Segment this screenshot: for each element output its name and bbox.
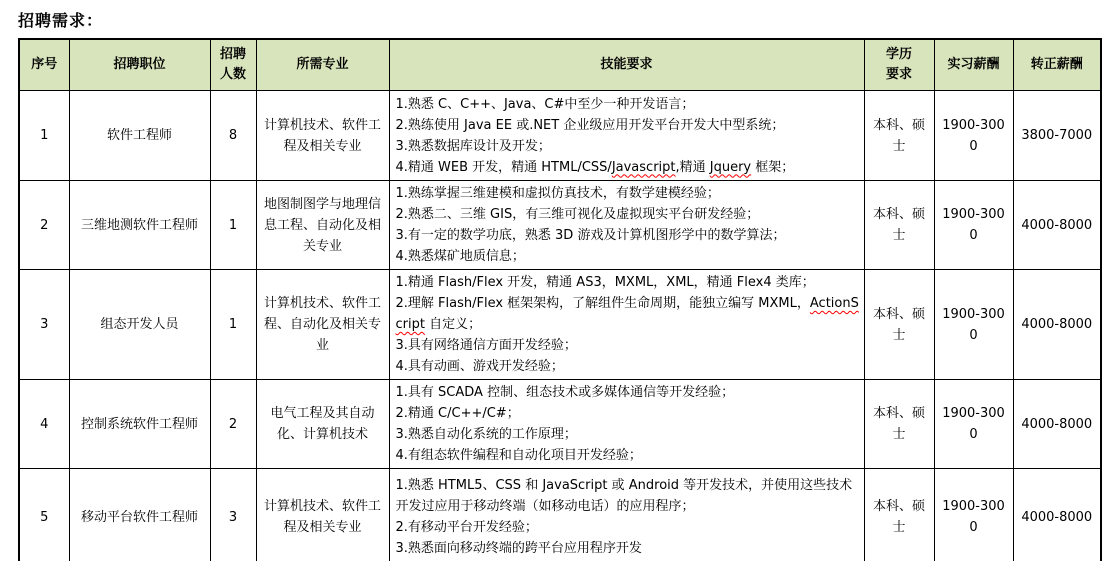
table-row: 4 控制系统软件工程师 2 电气工程及其自动化、计算机技术 1.具有 SCADA…: [19, 380, 1101, 469]
cell-regular-salary: 4000-8000: [1013, 270, 1101, 380]
cell-skills: 1.熟练掌握三维建模和虚拟仿真技术，有数学建模经验；2.熟悉二、三维 GIS，有…: [389, 181, 864, 270]
skill-line: 2.熟练使用 Java EE 或.NET 企业级应用开发平台开发大中型系统；: [396, 115, 860, 136]
skill-line: 1.精通 Flash/Flex 开发，精通 AS3，MXML，XML，精通 Fl…: [396, 272, 860, 293]
spellcheck-word: ActionScript: [396, 296, 859, 332]
skill-line: 2.理解 Flash/Flex 框架架构，了解组件生命周期，能独立编写 MXML…: [396, 293, 860, 335]
cell-education: 本科、硕士: [864, 270, 934, 380]
cell-skills: 1.精通 Flash/Flex 开发，精通 AS3，MXML，XML，精通 Fl…: [389, 270, 864, 380]
skill-line: 4.有组态软件编程和自动化项目开发经验；: [396, 445, 860, 466]
cell-education: 本科、硕士: [864, 181, 934, 270]
cell-education: 本科、硕士: [864, 469, 934, 561]
cell-no: 4: [19, 380, 69, 469]
skill-line: 3.具有网络通信方面开发经验；: [396, 335, 860, 356]
cell-intern-salary: 1900-3000: [934, 181, 1013, 270]
cell-position: 组态开发人员: [69, 270, 210, 380]
cell-no: 3: [19, 270, 69, 380]
cell-regular-salary: 4000-8000: [1013, 380, 1101, 469]
cell-regular-salary: 3800-7000: [1013, 91, 1101, 181]
col-header-education: 学历要求: [864, 39, 934, 91]
spellcheck-word: Jquery: [710, 160, 751, 175]
cell-no: 1: [19, 91, 69, 181]
document-page: 招聘需求： 序号 招聘职位 招聘人数 所需专业 技能要求 学历要求 实习薪酬 转…: [0, 0, 1112, 561]
skill-line: 4.熟悉煤矿地质信息；: [396, 246, 860, 267]
table-body: 1 软件工程师 8 计算机技术、软件工程及相关专业 1.熟悉 C、C++、Jav…: [19, 91, 1101, 561]
col-header-intern-salary: 实习薪酬: [934, 39, 1013, 91]
col-header-regular-salary: 转正薪酬: [1013, 39, 1101, 91]
cell-no: 2: [19, 181, 69, 270]
cell-intern-salary: 1900-3000: [934, 270, 1013, 380]
skill-line: 1.熟悉 HTML5、CSS 和 JavaScript 或 Android 等开…: [396, 475, 860, 517]
col-header-no: 序号: [19, 39, 69, 91]
cell-position: 移动平台软件工程师: [69, 469, 210, 561]
page-title: 招聘需求：: [0, 0, 1112, 38]
header-row: 序号 招聘职位 招聘人数 所需专业 技能要求 学历要求 实习薪酬 转正薪酬: [19, 39, 1101, 91]
cell-headcount: 8: [210, 91, 256, 181]
spellcheck-word: Javascript: [612, 160, 676, 175]
col-header-major: 所需专业: [256, 39, 389, 91]
recruitment-table: 序号 招聘职位 招聘人数 所需专业 技能要求 学历要求 实习薪酬 转正薪酬 1 …: [18, 38, 1102, 561]
cell-education: 本科、硕士: [864, 380, 934, 469]
skill-line: 4.具有动画、游戏开发经验；: [396, 356, 860, 377]
cell-regular-salary: 4000-8000: [1013, 181, 1101, 270]
cell-headcount: 3: [210, 469, 256, 561]
skill-line: 1.熟悉 C、C++、Java、C#中至少一种开发语言；: [396, 94, 860, 115]
cell-headcount: 1: [210, 181, 256, 270]
cell-education: 本科、硕士: [864, 91, 934, 181]
skill-line: 2.有移动平台开发经验；: [396, 517, 860, 538]
col-header-position: 招聘职位: [69, 39, 210, 91]
table-row: 5 移动平台软件工程师 3 计算机技术、软件工程及相关专业 1.熟悉 HTML5…: [19, 469, 1101, 561]
cell-major: 计算机技术、软件工程及相关专业: [256, 469, 389, 561]
cell-skills: 1.熟悉 C、C++、Java、C#中至少一种开发语言；2.熟练使用 Java …: [389, 91, 864, 181]
skill-line: 2.精通 C/C++/C#；: [396, 403, 860, 424]
table-row: 3 组态开发人员 1 计算机技术、软件工程、自动化及相关专业 1.精通 Flas…: [19, 270, 1101, 380]
skill-line: 1.具有 SCADA 控制、组态技术或多媒体通信等开发经验；: [396, 382, 860, 403]
skill-line: 3.有一定的数学功底，熟悉 3D 游戏及计算机图形学中的数学算法；: [396, 225, 860, 246]
cell-major: 地图制图学与地理信息工程、自动化及相关专业: [256, 181, 389, 270]
cell-intern-salary: 1900-3000: [934, 91, 1013, 181]
skill-line: 3.熟悉数据库设计及开发；: [396, 136, 860, 157]
col-header-skills: 技能要求: [389, 39, 864, 91]
cell-skills: 1.熟悉 HTML5、CSS 和 JavaScript 或 Android 等开…: [389, 469, 864, 561]
table-row: 1 软件工程师 8 计算机技术、软件工程及相关专业 1.熟悉 C、C++、Jav…: [19, 91, 1101, 181]
cell-major: 计算机技术、软件工程及相关专业: [256, 91, 389, 181]
skill-line: 3.熟悉自动化系统的工作原理；: [396, 424, 860, 445]
cell-major: 计算机技术、软件工程、自动化及相关专业: [256, 270, 389, 380]
cell-skills: 1.具有 SCADA 控制、组态技术或多媒体通信等开发经验；2.精通 C/C++…: [389, 380, 864, 469]
cell-no: 5: [19, 469, 69, 561]
cell-headcount: 2: [210, 380, 256, 469]
cell-intern-salary: 1900-3000: [934, 380, 1013, 469]
cell-position: 控制系统软件工程师: [69, 380, 210, 469]
cell-headcount: 1: [210, 270, 256, 380]
skill-line: 1.熟练掌握三维建模和虚拟仿真技术，有数学建模经验；: [396, 183, 860, 204]
skill-line: 2.熟悉二、三维 GIS，有三维可视化及虚拟现实平台研发经验；: [396, 204, 860, 225]
table-row: 2 三维地测软件工程师 1 地图制图学与地理信息工程、自动化及相关专业 1.熟练…: [19, 181, 1101, 270]
cell-intern-salary: 1900-3000: [934, 469, 1013, 561]
cell-position: 软件工程师: [69, 91, 210, 181]
cell-position: 三维地测软件工程师: [69, 181, 210, 270]
skill-line: 3.熟悉面向移动终端的跨平台应用程序开发: [396, 538, 860, 559]
skill-line: 4.精通 WEB 开发，精通 HTML/CSS/Javascript,精通 Jq…: [396, 157, 860, 178]
col-header-headcount: 招聘人数: [210, 39, 256, 91]
cell-regular-salary: 4000-8000: [1013, 469, 1101, 561]
cell-major: 电气工程及其自动化、计算机技术: [256, 380, 389, 469]
